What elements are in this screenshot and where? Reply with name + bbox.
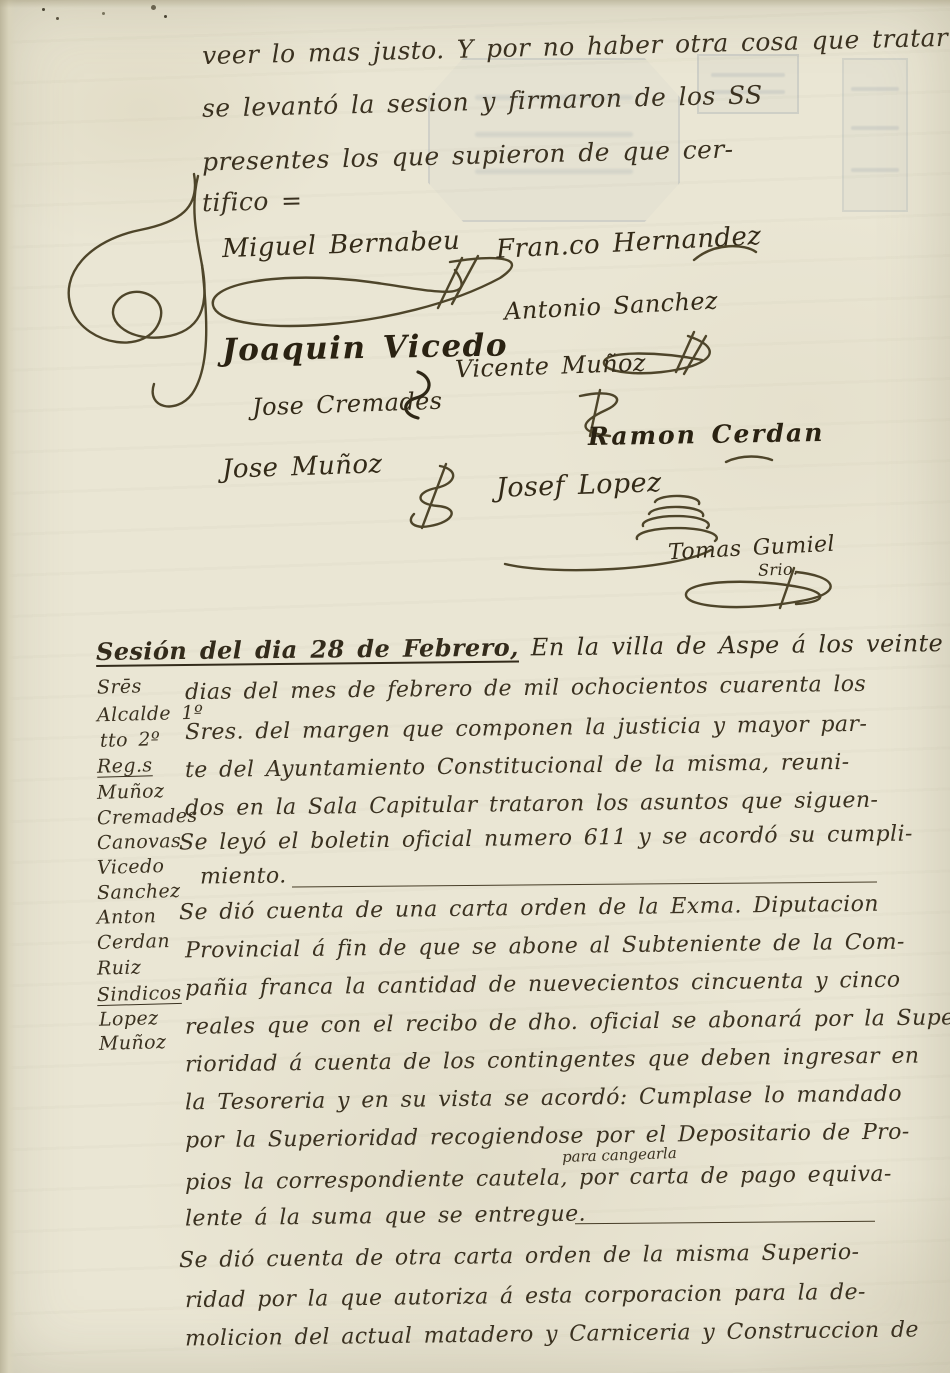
body-line: reales que con el recibo de dho. oficial…: [185, 1005, 950, 1039]
margin-item: Cremades: [97, 805, 198, 830]
body-line: Sres. del margen que componen la justici…: [185, 712, 868, 745]
signature: Jose Muñoz: [222, 449, 383, 485]
stamp-showthrough-column: [842, 58, 908, 212]
body-line: Se leyó el boletin oficial numero 611 y …: [179, 822, 913, 856]
body-line: ridad por la que autoriza á esta corpora…: [185, 1280, 866, 1313]
margin-item: Ruiz: [97, 956, 142, 979]
body-line: molicion del actual matadero y Carniceri…: [185, 1318, 919, 1352]
margin-item: Cerdan: [97, 930, 171, 954]
session-heading: Sesión del dia 28 de Febrero,En la villa…: [96, 627, 950, 666]
signature-rubric: [676, 566, 846, 612]
body-line: te del Ayuntamiento Constitucional de la…: [185, 750, 850, 783]
margin-item: Lopez: [99, 1007, 159, 1031]
body-line: pios la correspondiente cautela, por car…: [185, 1162, 892, 1196]
body-line: miento.: [200, 863, 287, 889]
body-line: dias del mes de febrero de mil ochocient…: [185, 672, 866, 705]
body-line: pañia franca la cantidad de nuevecientos…: [185, 968, 901, 1002]
margin-item: Sanchez: [97, 880, 181, 904]
margin-item: Canovas: [97, 830, 182, 854]
body-line: rioridad á cuenta de los contingentes qu…: [185, 1044, 920, 1078]
margin-item: Reg.s: [97, 754, 153, 777]
signature: Ramon Cerdan: [588, 418, 825, 451]
margin-item: Muñoz: [99, 1031, 167, 1055]
signature-rubric: [396, 462, 476, 534]
body-line: lente á la suma que se entregue.: [185, 1202, 586, 1232]
interlinear-insertion: para cangearla: [562, 1144, 677, 1166]
margin-item: Muñoz: [97, 780, 165, 804]
session-heading-opening: En la villa de Aspe á los veinte y ocho: [531, 628, 950, 661]
fill-rule: [575, 1221, 875, 1225]
body-line: Se dió cuenta de otra carta orden de la …: [179, 1240, 860, 1273]
fill-rule: [292, 881, 877, 887]
page-edge-left: [0, 0, 16, 1373]
margin-item: Sindicos: [97, 982, 182, 1006]
signature-rubric: [724, 452, 774, 466]
margin-item: Srēs: [97, 675, 142, 698]
body-line: la Tesoreria y en su vista se acordó: Cu…: [185, 1082, 902, 1116]
body-line: dos en la Sala Capitular trataron los as…: [185, 788, 879, 821]
age-specks: [42, 8, 45, 11]
signature-name: Ramon Cerdan: [588, 418, 825, 451]
signature-rubric: [690, 238, 760, 268]
body-line: Provincial á fin de que se abone al Subt…: [185, 930, 905, 964]
signature-name: Jose Muñoz: [222, 449, 383, 485]
margin-item: Vicedo: [97, 855, 165, 879]
manuscript-page: veer lo mas justo. Y por no haber otra c…: [0, 0, 950, 1373]
body-line: Se dió cuenta de una carta orden de la E…: [179, 892, 879, 926]
margin-item: tto 2º: [100, 728, 161, 752]
margin-item: Anton: [97, 905, 157, 929]
session-heading-date: Sesión del dia 28 de Febrero,: [96, 633, 519, 666]
body-line: por la Superioridad recogiendose por el …: [185, 1120, 910, 1154]
page-edge-top: [0, 0, 950, 8]
